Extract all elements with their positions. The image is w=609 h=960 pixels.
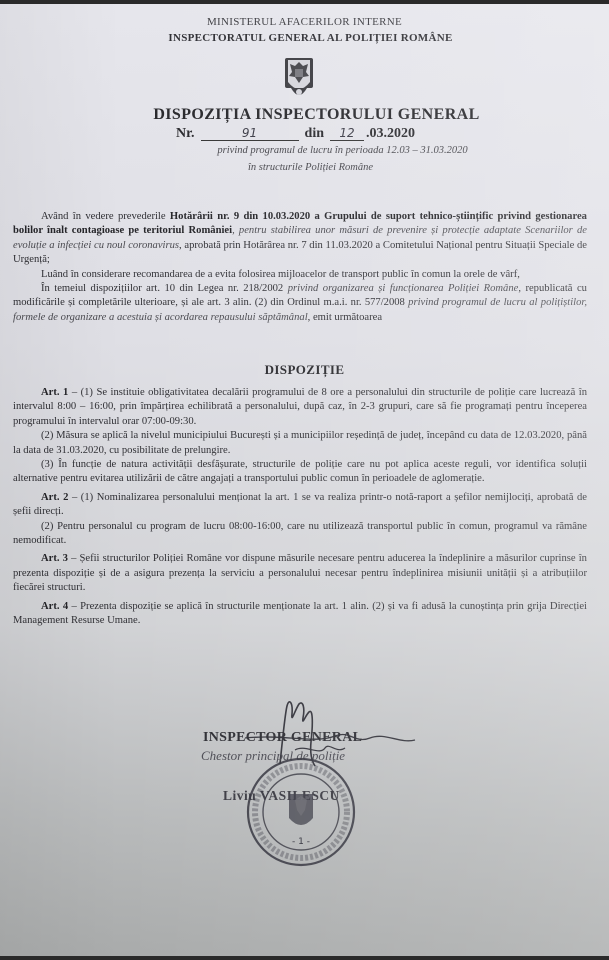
articles-list: Art. 1 – (1) Se instituie obligativitate…: [13, 386, 587, 629]
disposition-heading: DISPOZIȚIE: [0, 362, 609, 378]
preamble-paragraph: Având în vedere prevederile Hotărârii nr…: [13, 210, 587, 268]
article-text: (3) În funcție de natura activității des…: [13, 459, 587, 484]
document-number-line: Nr.91din12.03.2020: [176, 126, 415, 142]
preamble: Având în vedere prevederile Hotărârii nr…: [13, 210, 587, 325]
preamble-paragraph: În temeiul dispozițiilor art. 10 din Leg…: [13, 282, 587, 325]
article-text: – (1) Nominalizarea personalului mențion…: [13, 492, 587, 517]
article-paragraph: (2) Măsura se aplică la nivelul municipi…: [13, 429, 587, 458]
document-title: DISPOZIȚIA INSPECTORULUI GENERAL: [12, 106, 609, 124]
preamble-text: În temeiul dispozițiilor art. 10 din Leg…: [41, 283, 288, 294]
article-label: Art. 4: [41, 601, 68, 612]
din-label: din: [305, 126, 324, 141]
preamble-italic-text: privind organizarea și funcționarea Poli…: [288, 283, 519, 294]
article-paragraph: Art. 2 – (1) Nominalizarea personalului …: [13, 491, 587, 520]
inspectorate-name: INSPECTORATUL GENERAL AL POLIȚIEI ROMÂNE: [6, 32, 609, 44]
article-paragraph: (3) În funcție de natura activității des…: [13, 458, 587, 487]
article-paragraph: Art. 1 – (1) Se instituie obligativitate…: [13, 386, 587, 429]
ministry-name: MINISTERUL AFACERILOR INTERNE: [0, 16, 609, 28]
document-date-suffix: .03.2020: [366, 126, 415, 141]
article-paragraph: (2) Pentru personalul cu program de lucr…: [13, 520, 587, 549]
nr-label: Nr.: [176, 126, 195, 141]
article-text: – Șefii structurilor Poliției Române vor…: [13, 553, 587, 593]
document-subtitle: privind programul de lucru în perioada 1…: [38, 145, 609, 156]
article-text: (2) Măsura se aplică la nivelul municipi…: [13, 430, 587, 455]
article-label: Art. 3: [41, 553, 68, 564]
article-text: – Prezenta dispoziție se aplică în struc…: [13, 601, 587, 626]
coat-of-arms-icon: [282, 56, 316, 102]
document-subtitle-scope: în structurile Poliției Române: [6, 162, 609, 173]
article-paragraph: Art. 3 – Șefii structurilor Poliției Rom…: [13, 552, 587, 595]
article-paragraph: Art. 4 – Prezenta dispoziție se aplică î…: [13, 600, 587, 629]
article-text: (2) Pentru personalul cu program de lucr…: [13, 521, 587, 546]
official-stamp-icon: - 1 -: [245, 756, 357, 868]
article-label: Art. 2: [41, 492, 68, 503]
document-day: 12: [330, 126, 364, 141]
preamble-text: Având în vedere prevederile: [41, 211, 170, 222]
article-label: Art. 1: [41, 387, 68, 398]
preamble-text: , emit următoarea: [308, 312, 382, 323]
signatory-title: INSPECTOR GENERAL: [203, 730, 362, 746]
stamp-number: - 1 -: [292, 837, 310, 847]
article-text: – (1) Se instituie obligativitatea decal…: [13, 387, 587, 427]
document-number: 91: [201, 126, 299, 141]
preamble-paragraph: Luând în considerare recomandarea de a e…: [13, 268, 587, 282]
document-page: MINISTERUL AFACERILOR INTERNE INSPECTORA…: [0, 4, 609, 956]
